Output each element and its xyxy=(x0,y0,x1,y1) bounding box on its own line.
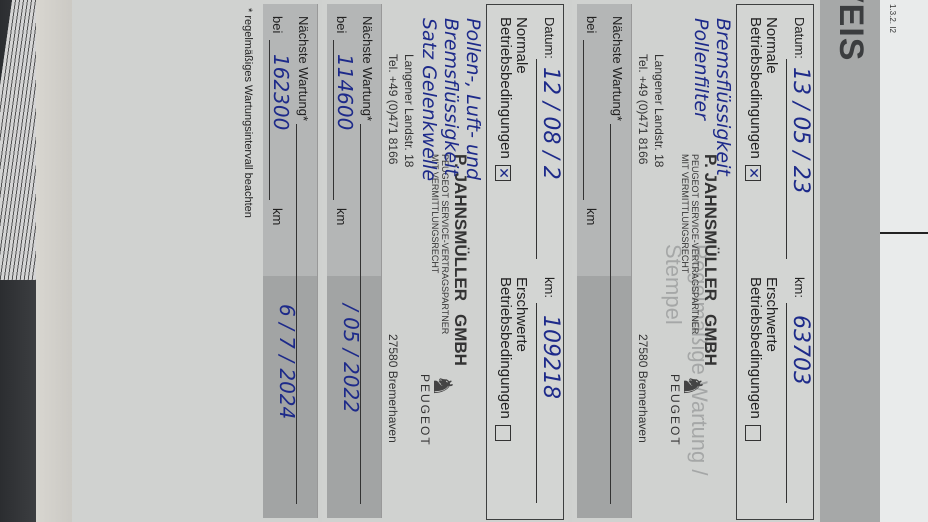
next-service-label: Nächste Wartung* xyxy=(360,16,375,121)
corner-text: 1.3.2. I2 xyxy=(888,4,897,33)
km-value: 63703 xyxy=(788,315,813,385)
divider xyxy=(880,232,928,234)
date-value: 13 / 05 / 23 xyxy=(788,67,813,194)
next-service-row: Nächste Wartung* bei km xyxy=(577,4,632,518)
normal-conditions-label: NormaleBetriebsbedingungen xyxy=(497,17,529,159)
next-service-row: Nächste Wartung* bei 162300 km 6 / 7 / 2… xyxy=(263,4,318,518)
stamp-city: 27580 Bremerhaven xyxy=(386,334,400,443)
service-entry: Nächste Wartung* bei 162300 km 6 / 7 / 2… xyxy=(72,0,318,522)
km-value: 109218 xyxy=(538,315,563,399)
stamp-city: 27580 Bremerhaven xyxy=(636,334,650,443)
previous-date-value: / 05 / 2022 xyxy=(339,304,363,413)
work-line: Pollen-, Luft- und xyxy=(462,18,484,498)
service-booklet-page: VEIS Datum: 13 / 05 / 23 km: 63703 Norma… xyxy=(76,0,880,522)
work-line: Satz Gelenkwelle xyxy=(418,18,440,498)
work-notes: Bremsflüssigkeit Pollenfilter xyxy=(690,18,734,498)
date-value: 12 / 08 / 2 xyxy=(538,67,563,180)
page-title: VEIS xyxy=(831,0,870,61)
km-unit: km xyxy=(334,208,349,225)
hard-conditions-checkbox[interactable] xyxy=(745,425,761,441)
date-label: Datum: xyxy=(542,17,557,59)
km-label: km: xyxy=(542,277,557,298)
date-underline xyxy=(786,59,787,259)
hard-conditions-checkbox[interactable] xyxy=(495,425,511,441)
km-unit: km xyxy=(584,208,599,225)
stamp-line2: MIT VERMITTLUNGSRECHT xyxy=(680,154,690,273)
km-underline xyxy=(786,303,787,503)
at-label: bei xyxy=(334,16,349,33)
normal-conditions-checkbox[interactable]: ✕ xyxy=(745,165,761,181)
next-km-value: 114600 xyxy=(333,54,357,130)
next-service-label: Nächste Wartung* xyxy=(296,16,311,121)
entry-header-box: Datum: 12 / 08 / 2 km: 109218 NormaleBet… xyxy=(486,4,564,520)
normal-conditions-checkbox[interactable]: ✕ xyxy=(495,165,511,181)
shaded-cell xyxy=(577,276,631,518)
title-strip: VEIS xyxy=(820,0,880,522)
stamp-street: Langener Landstr. 18 xyxy=(652,54,666,167)
stamp-street: Langener Landstr. 18 xyxy=(402,54,416,167)
stamp-brand: PEUGEOT xyxy=(668,374,682,447)
at-label: bei xyxy=(584,16,599,33)
next-service-label: Nächste Wartung* xyxy=(610,16,625,121)
background-paper-right: 1.3.2. I2 xyxy=(880,0,928,522)
service-entry: Datum: 12 / 08 / 2 km: 109218 NormaleBet… xyxy=(322,0,568,522)
work-line: Pollenfilter xyxy=(690,18,712,498)
work-notes: Pollen-, Luft- und Bremsflüssigkeit Satz… xyxy=(418,18,484,498)
next-km-value: 162300 xyxy=(269,54,293,130)
date-underline xyxy=(536,59,537,259)
stamp-phone: Tel. +49 (0)471 8166 xyxy=(636,54,650,164)
hard-conditions-label: ErschwerteBetriebsbedingungen xyxy=(497,277,529,419)
next-km-underline xyxy=(583,40,584,200)
km-underline xyxy=(536,303,537,503)
footnote: * regelmäßiges Wartungsintervall beachte… xyxy=(242,8,254,218)
entry-header-box: Datum: 13 / 05 / 23 km: 63703 NormaleBet… xyxy=(736,4,814,520)
km-label: km: xyxy=(792,277,807,298)
service-entry: Datum: 13 / 05 / 23 km: 63703 NormaleBet… xyxy=(572,0,818,522)
normal-conditions-label: NormaleBetriebsbedingungen xyxy=(747,17,779,159)
work-line: Bremsflüssigkeit xyxy=(440,18,462,498)
stamp-phone: Tel. +49 (0)471 8166 xyxy=(386,54,400,164)
previous-date-value: 6 / 7 / 2024 xyxy=(275,304,299,419)
km-unit: km xyxy=(270,208,285,225)
hard-conditions-label: ErschwerteBetriebsbedingungen xyxy=(747,277,779,419)
at-label: bei xyxy=(270,16,285,33)
work-line: Bremsflüssigkeit xyxy=(712,18,734,498)
next-service-row: Nächste Wartung* bei 114600 km / 05 / 20… xyxy=(327,4,382,518)
date-label: Datum: xyxy=(792,17,807,59)
next-service-underline xyxy=(610,124,611,504)
